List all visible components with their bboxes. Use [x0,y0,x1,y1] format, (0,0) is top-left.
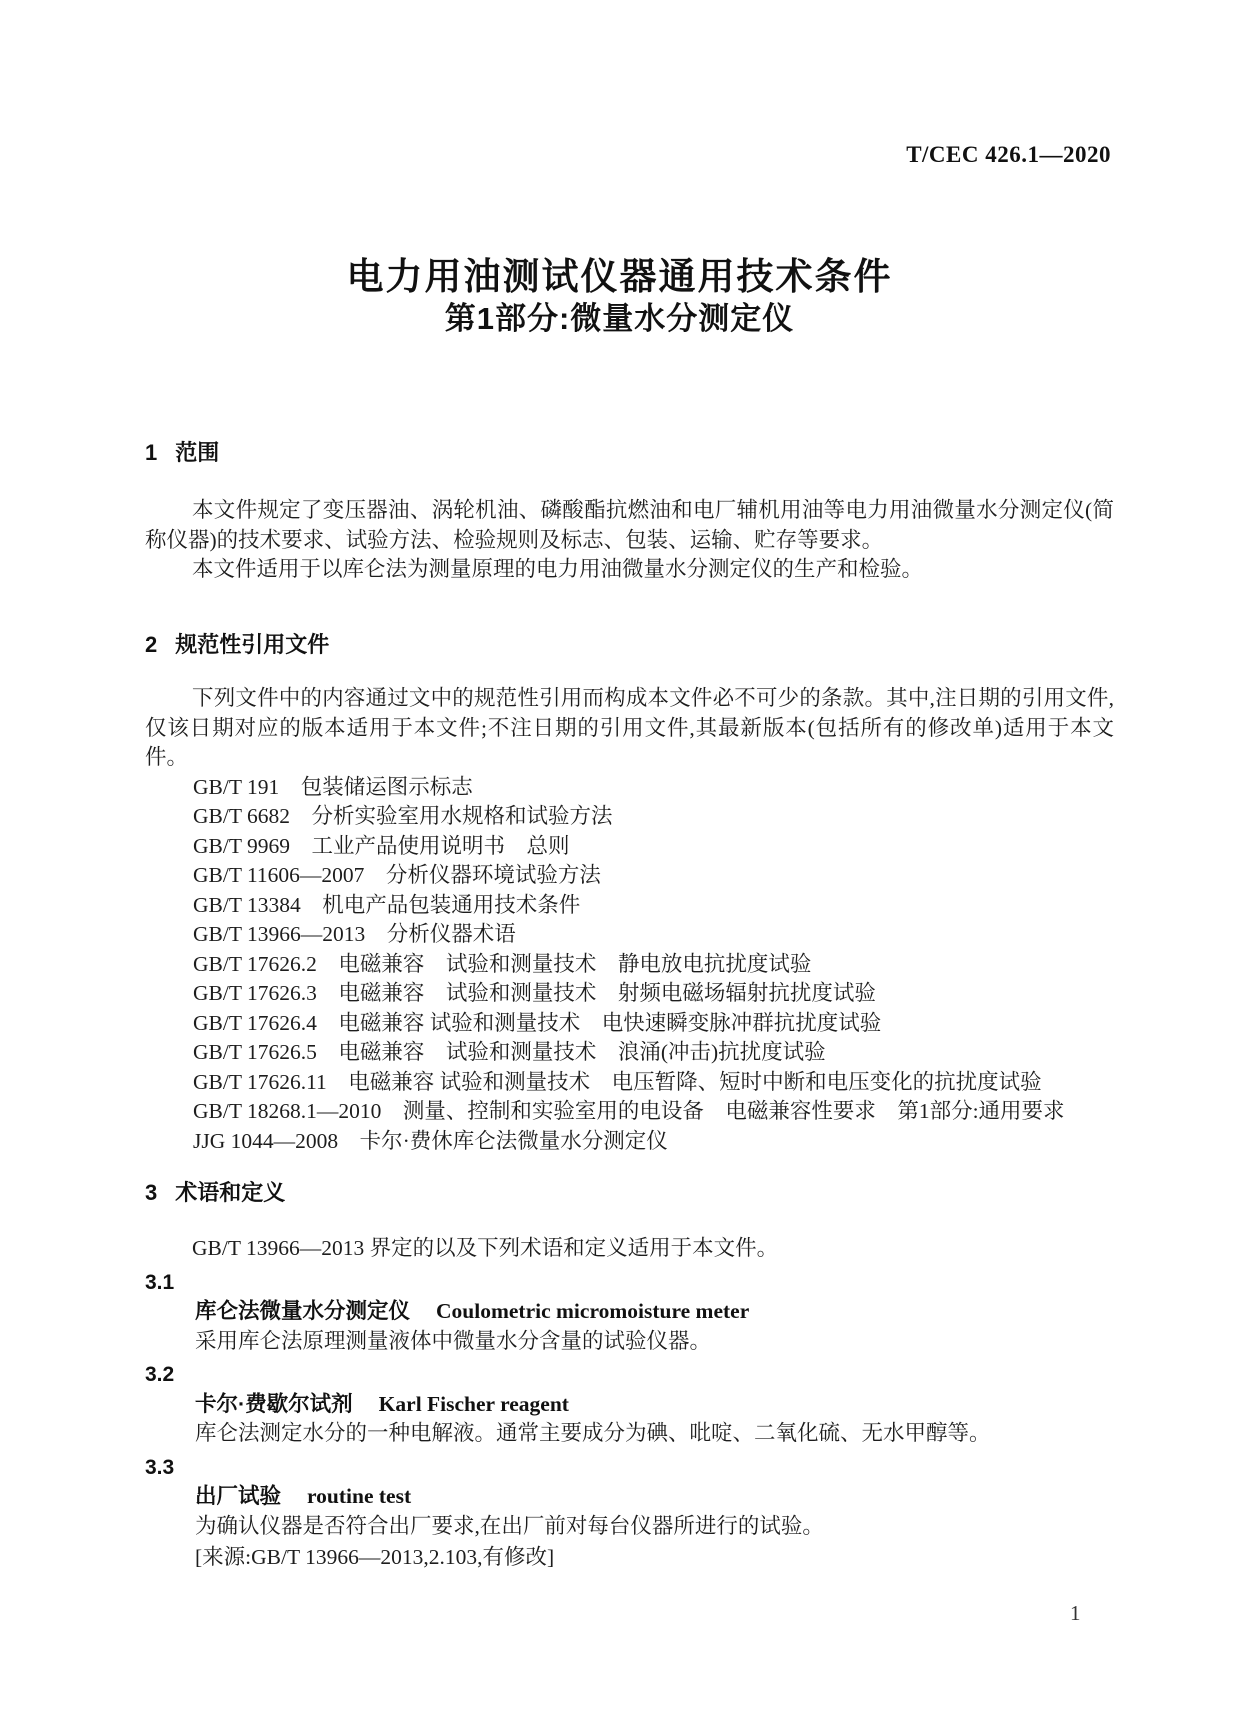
term-title-en: Coulometric micromoisture meter [436,1299,749,1323]
doc-code: T/CEC 426.1—2020 [906,142,1111,168]
term-definition: 为确认仪器是否符合出厂要求,在出厂前对每台仪器所进行的试验。 [195,1512,1114,1542]
reference-item: GB/T 18268.1—2010 测量、控制和实验室用的电设备 电磁兼容性要求… [193,1097,1114,1127]
term-title: 出厂试验routine test [195,1482,1114,1512]
reference-item: GB/T 17626.5 电磁兼容 试验和测量技术 浪涌(冲击)抗扰度试验 [193,1038,1114,1068]
title-block: 电力用油测试仪器通用技术条件 第1部分:微量水分测定仪 [0,254,1239,338]
reference-item: GB/T 11606—2007 分析仪器环境试验方法 [193,861,1114,891]
term-title-en: Karl Fischer reagent [379,1392,569,1416]
term-title: 库仑法微量水分测定仪Coulometric micromoisture mete… [195,1297,1114,1327]
section-3-title: 术语和定义 [175,1180,285,1205]
document-page: T/CEC 426.1—2020 电力用油测试仪器通用技术条件 第1部分:微量水… [0,0,1239,1711]
section-2-title: 规范性引用文件 [175,632,329,657]
reference-item: GB/T 17626.11 电磁兼容 试验和测量技术 电压暂降、短时中断和电压变… [193,1068,1114,1098]
reference-item: GB/T 17626.4 电磁兼容 试验和测量技术 电快速瞬变脉冲群抗扰度试验 [193,1009,1114,1039]
term-definition: 库仑法测定水分的一种电解液。通常主要成分为碘、吡啶、二氧化硫、无水甲醇等。 [195,1419,1114,1449]
reference-item: GB/T 191 包装储运图示标志 [193,773,1114,803]
term-title-zh: 出厂试验 [195,1484,281,1508]
scope-paragraph-1: 本文件规定了变压器油、涡轮机油、磷酸酯抗燃油和电厂辅机用油等电力用油微量水分测定… [145,496,1114,555]
section-1-body: 本文件规定了变压器油、涡轮机油、磷酸酯抗燃油和电厂辅机用油等电力用油微量水分测定… [145,496,1114,585]
section-1-title: 范围 [175,440,219,465]
page-number: 1 [1070,1601,1081,1626]
section-2-heading: 2规范性引用文件 [145,630,1114,660]
reference-item: GB/T 13384 机电产品包装通用技术条件 [193,891,1114,921]
term-title-zh: 库仑法微量水分测定仪 [195,1299,410,1323]
references-list: GB/T 191 包装储运图示标志 GB/T 6682 分析实验室用水规格和试验… [145,773,1114,1157]
section-3-heading: 3术语和定义 [145,1178,1114,1208]
reference-item: GB/T 17626.3 电磁兼容 试验和测量技术 射频电磁场辐射抗扰度试验 [193,979,1114,1009]
reference-item: JJG 1044—2008 卡尔·费休库仑法微量水分测定仪 [193,1127,1114,1157]
section-scope: 1范围 本文件规定了变压器油、涡轮机油、磷酸酯抗燃油和电厂辅机用油等电力用油微量… [145,438,1114,585]
section-2-number: 2 [145,630,157,660]
term-number: 3.1 [145,1268,1114,1298]
terms-list: 3.1 库仑法微量水分测定仪Coulometric micromoisture … [145,1268,1114,1573]
section-terms-definitions: 3术语和定义 GB/T 13966—2013 界定的以及下列术语和定义适用于本文… [145,1178,1114,1573]
page-title-line1: 电力用油测试仪器通用技术条件 [0,254,1239,300]
reference-item: GB/T 17626.2 电磁兼容 试验和测量技术 静电放电抗扰度试验 [193,950,1114,980]
term-number: 3.3 [145,1453,1114,1483]
term-source-note: [来源:GB/T 13966—2013,2.103,有修改] [195,1543,1114,1573]
reference-item: GB/T 6682 分析实验室用水规格和试验方法 [193,802,1114,832]
term-number: 3.2 [145,1360,1114,1390]
term-title-zh: 卡尔·费歇尔试剂 [195,1392,353,1416]
terms-intro: GB/T 13966—2013 界定的以及下列术语和定义适用于本文件。 [145,1234,1114,1264]
section-normative-references: 2规范性引用文件 下列文件中的内容通过文中的规范性引用而构成本文件必不可少的条款… [145,630,1114,1156]
references-intro: 下列文件中的内容通过文中的规范性引用而构成本文件必不可少的条款。其中,注日期的引… [145,684,1114,773]
term-definition: 采用库仑法原理测量液体中微量水分含量的试验仪器。 [195,1327,1114,1357]
section-3-number: 3 [145,1178,157,1208]
term-title-en: routine test [307,1484,411,1508]
reference-item: GB/T 9969 工业产品使用说明书 总则 [193,832,1114,862]
section-1-heading: 1范围 [145,438,1114,468]
term-title: 卡尔·费歇尔试剂Karl Fischer reagent [195,1390,1114,1420]
reference-item: GB/T 13966—2013 分析仪器术语 [193,920,1114,950]
page-title-line2: 第1部分:微量水分测定仪 [0,300,1239,338]
section-1-number: 1 [145,438,157,468]
scope-paragraph-2: 本文件适用于以库仑法为测量原理的电力用油微量水分测定仪的生产和检验。 [145,555,1114,585]
